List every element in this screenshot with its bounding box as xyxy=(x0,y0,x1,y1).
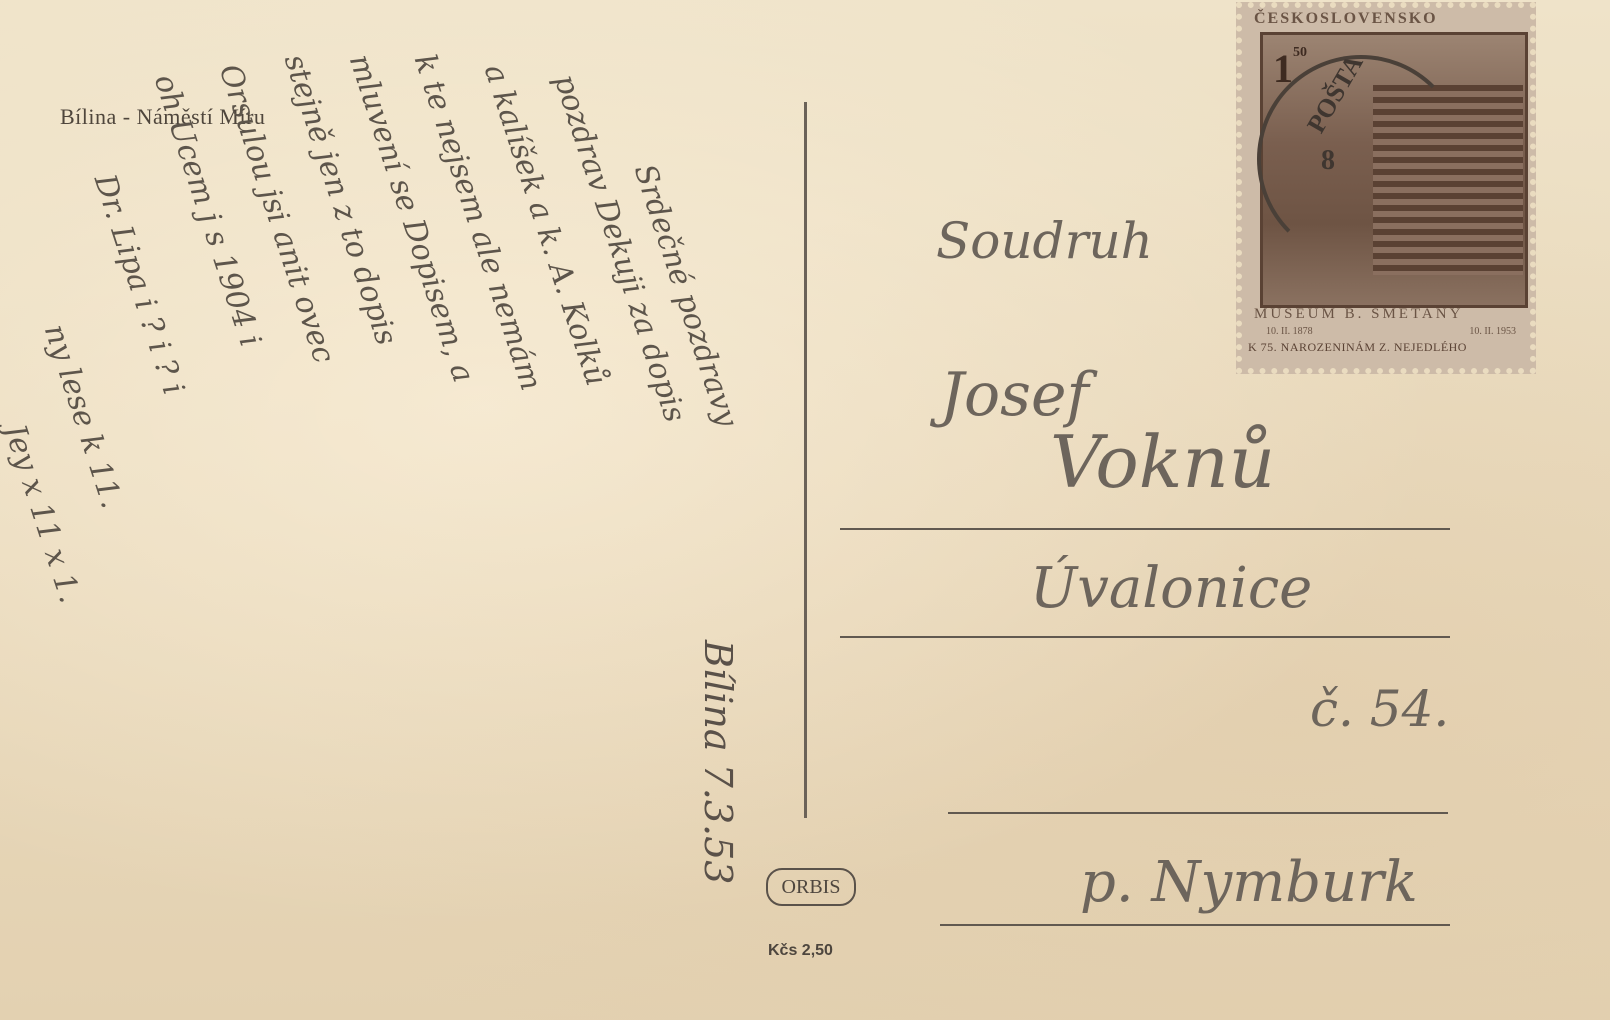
divider-line xyxy=(804,102,807,818)
postmark-circle xyxy=(1257,55,1465,263)
handwritten-letter: Srdečné pozdravy pozdrav Dekuji za dopis… xyxy=(20,40,760,1000)
stamp-image: 150 POŠTA 8 xyxy=(1260,32,1528,308)
letter-line: Dr. Lipa i ? i ? i xyxy=(87,170,191,399)
stamp-date-left: 10. II. 1878 xyxy=(1266,326,1313,337)
address-line-4: Úvalonice xyxy=(1030,556,1312,621)
postcard-back: Bílina - Náměstí Míru Srdečné pozdravy p… xyxy=(0,0,1610,1020)
address-rule xyxy=(940,924,1450,926)
address-line-5: č. 54. xyxy=(1310,680,1449,738)
address-line-3: Voknů xyxy=(1050,420,1275,504)
stamp-subtitle: K 75. NAROZENINÁM Z. NEJEDLÉHO xyxy=(1248,340,1467,355)
address-line-6: p. Nymburk xyxy=(1080,850,1418,915)
address-rule xyxy=(948,812,1448,814)
stamp-date-right: 10. II. 1953 xyxy=(1469,326,1516,337)
stamp-dates: 10. II. 1878 10. II. 1953 xyxy=(1266,326,1516,337)
publisher-logo: ORBIS xyxy=(766,868,856,906)
price-label: Kčs 2,50 xyxy=(768,942,833,960)
address-line-1: Soudruh xyxy=(936,212,1153,270)
postage-stamp: ČESKOSLOVENSKO 150 POŠTA 8 MUSEUM B. SME… xyxy=(1236,2,1536,374)
sender-place-date: Bílina 7.3.53 xyxy=(696,640,740,884)
stamp-country: ČESKOSLOVENSKO xyxy=(1254,10,1438,28)
stamp-caption: MUSEUM B. SMETANY xyxy=(1254,306,1463,323)
address-rule xyxy=(840,636,1450,638)
postmark-date: 8 xyxy=(1321,145,1335,177)
address-rule xyxy=(840,528,1450,530)
